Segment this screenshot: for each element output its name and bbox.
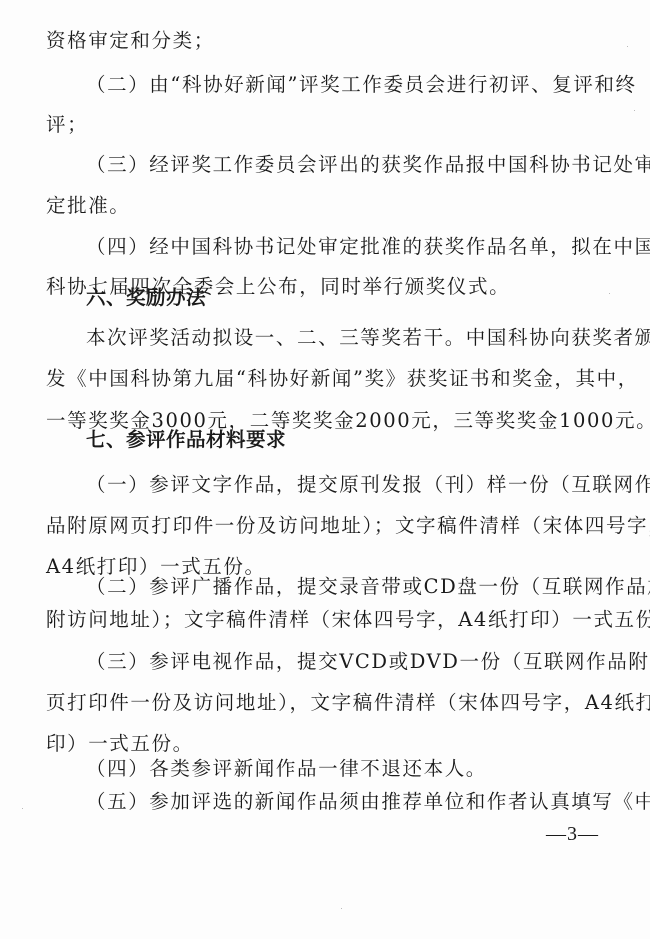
text-line-13: （一）参评文字作品，提交原刊发报（刊）样一份（互联网作 [86,473,646,497]
scan-speck [627,46,628,47]
text-line-3: 评； [46,113,606,137]
page-number: —3— [546,822,599,846]
scan-speck [22,808,23,809]
scan-speck [341,908,342,909]
text-line-17: 附访问地址）；文字稿件清样（宋体四号字，A4纸打印）一式五份。 [46,608,606,632]
scan-speck [596,491,597,492]
text-line-1: 资格审定和分类； [46,29,606,53]
text-line-6: （四）经中国科协书记处审定批准的获奖作品名单，拟在中国 [86,235,646,259]
text-line-5: 定批准。 [46,194,606,218]
text-line-22: （五）参加评选的新闻作品须由推荐单位和作者认真填写《中 [86,790,646,814]
text-line-4: （三）经评奖工作委员会评出的获奖作品报中国科协书记处审 [86,153,646,177]
text-line-9: 本次评奖活动拟设一、二、三等奖若干。中国科协向获奖者颁 [86,326,646,350]
text-line-21: （四）各类参评新闻作品一律不退还本人。 [86,757,646,781]
document-page: 资格审定和分类； （二）由“科协好新闻”评奖工作委员会进行初评、复评和终 评； … [0,0,650,939]
text-line-16: （二）参评广播作品，提交录音带或CD盘一份（互联网作品加 [86,575,646,599]
text-line-2: （二）由“科协好新闻”评奖工作委员会进行初评、复评和终 [86,73,646,97]
text-line-10: 发《中国科协第九届“科协好新闻”奖》获奖证书和奖金，其中， [46,367,606,391]
text-line-14: 品附原网页打印件一份及访问地址）；文字稿件清样（宋体四号字， [46,514,606,538]
section-heading-rewards: 六、奖励办法 [86,286,646,310]
text-line-19: 页打印件一份及访问地址），文字稿件清样（宋体四号字，A4纸打 [46,691,606,715]
text-line-20: 印）一式五份。 [46,732,606,756]
text-line-18: （三）参评电视作品，提交VCD或DVD一份（互联网作品附原网 [86,650,646,674]
scan-speck [609,293,610,294]
section-heading-materials: 七、参评作品材料要求 [86,428,646,452]
scan-speck [634,110,635,111]
